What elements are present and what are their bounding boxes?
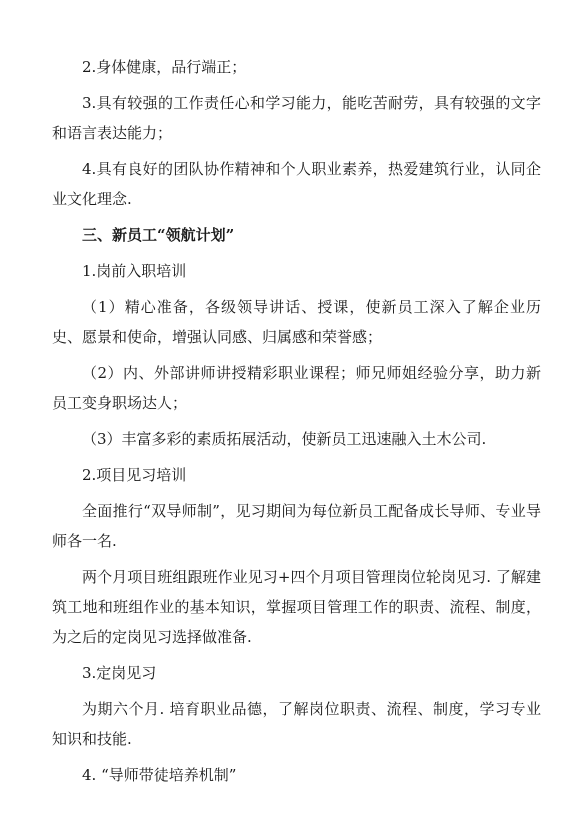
- paragraph: 全面推行“双导师制”，见习期间为每位新员工配备成长导师、专业导师各一名.: [52, 496, 541, 556]
- paragraph: 2.身体健康，品行端正；: [52, 52, 541, 82]
- paragraph: 2.项目见习培训: [52, 460, 541, 490]
- paragraph: 4.具有良好的团队协作精神和个人职业素养，热爱建筑行业，认同企业文化理念.: [52, 154, 541, 214]
- paragraph: （3）丰富多彩的素质拓展活动，使新员工迅速融入土木公司.: [52, 424, 541, 454]
- paragraph: 4. “导师带徒培养机制”: [52, 760, 541, 790]
- paragraph: （2）内、外部讲师讲授精彩职业课程；师兄师姐经验分享，助力新员工变身职场达人；: [52, 358, 541, 418]
- paragraph: 1.岗前入职培训: [52, 256, 541, 286]
- paragraph: 两个月项目班组跟班作业见习+四个月项目管理岗位轮岗见习. 了解建筑工地和班组作业…: [52, 562, 541, 652]
- document-page: 2.身体健康，品行端正；3.具有较强的工作责任心和学习能力，能吃苦耐劳，具有较强…: [0, 0, 586, 834]
- paragraph: 3.定岗见习: [52, 658, 541, 688]
- paragraph: （1）精心准备，各级领导讲话、授课，使新员工深入了解企业历史、愿景和使命，增强认…: [52, 292, 541, 352]
- section-heading: 三、新员工“领航计划”: [52, 220, 541, 250]
- document-body: 2.身体健康，品行端正；3.具有较强的工作责任心和学习能力，能吃苦耐劳，具有较强…: [52, 52, 541, 790]
- paragraph: 为期六个月. 培育职业品德，了解岗位职责、流程、制度，学习专业知识和技能.: [52, 694, 541, 754]
- paragraph: 3.具有较强的工作责任心和学习能力，能吃苦耐劳，具有较强的文字和语言表达能力；: [52, 88, 541, 148]
